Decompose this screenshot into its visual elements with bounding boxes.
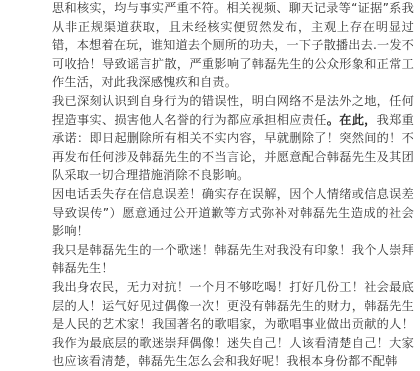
emphasis-text: 。在此， (327, 113, 377, 127)
paragraph-acknowledgement: 我已深刻认识到自身行为的错误性，明白网络不是法外之地，任何捏造事实、损害他人名誉… (52, 92, 414, 185)
paragraph-verification: 思和核实，均与事实严重不符。相关视频、聊天记录等“证据”系我从非正规渠道获取，且… (52, 0, 414, 92)
document-body: 思和核实，均与事实严重不符。相关视频、聊天记录等“证据”系我从非正规渠道获取，且… (52, 0, 414, 240)
paragraph-misunderstanding: 因电话丢失存在信息误差！确实存在误解，因个人情绪或信息误差导致误传”）愿意通过公… (52, 185, 414, 240)
